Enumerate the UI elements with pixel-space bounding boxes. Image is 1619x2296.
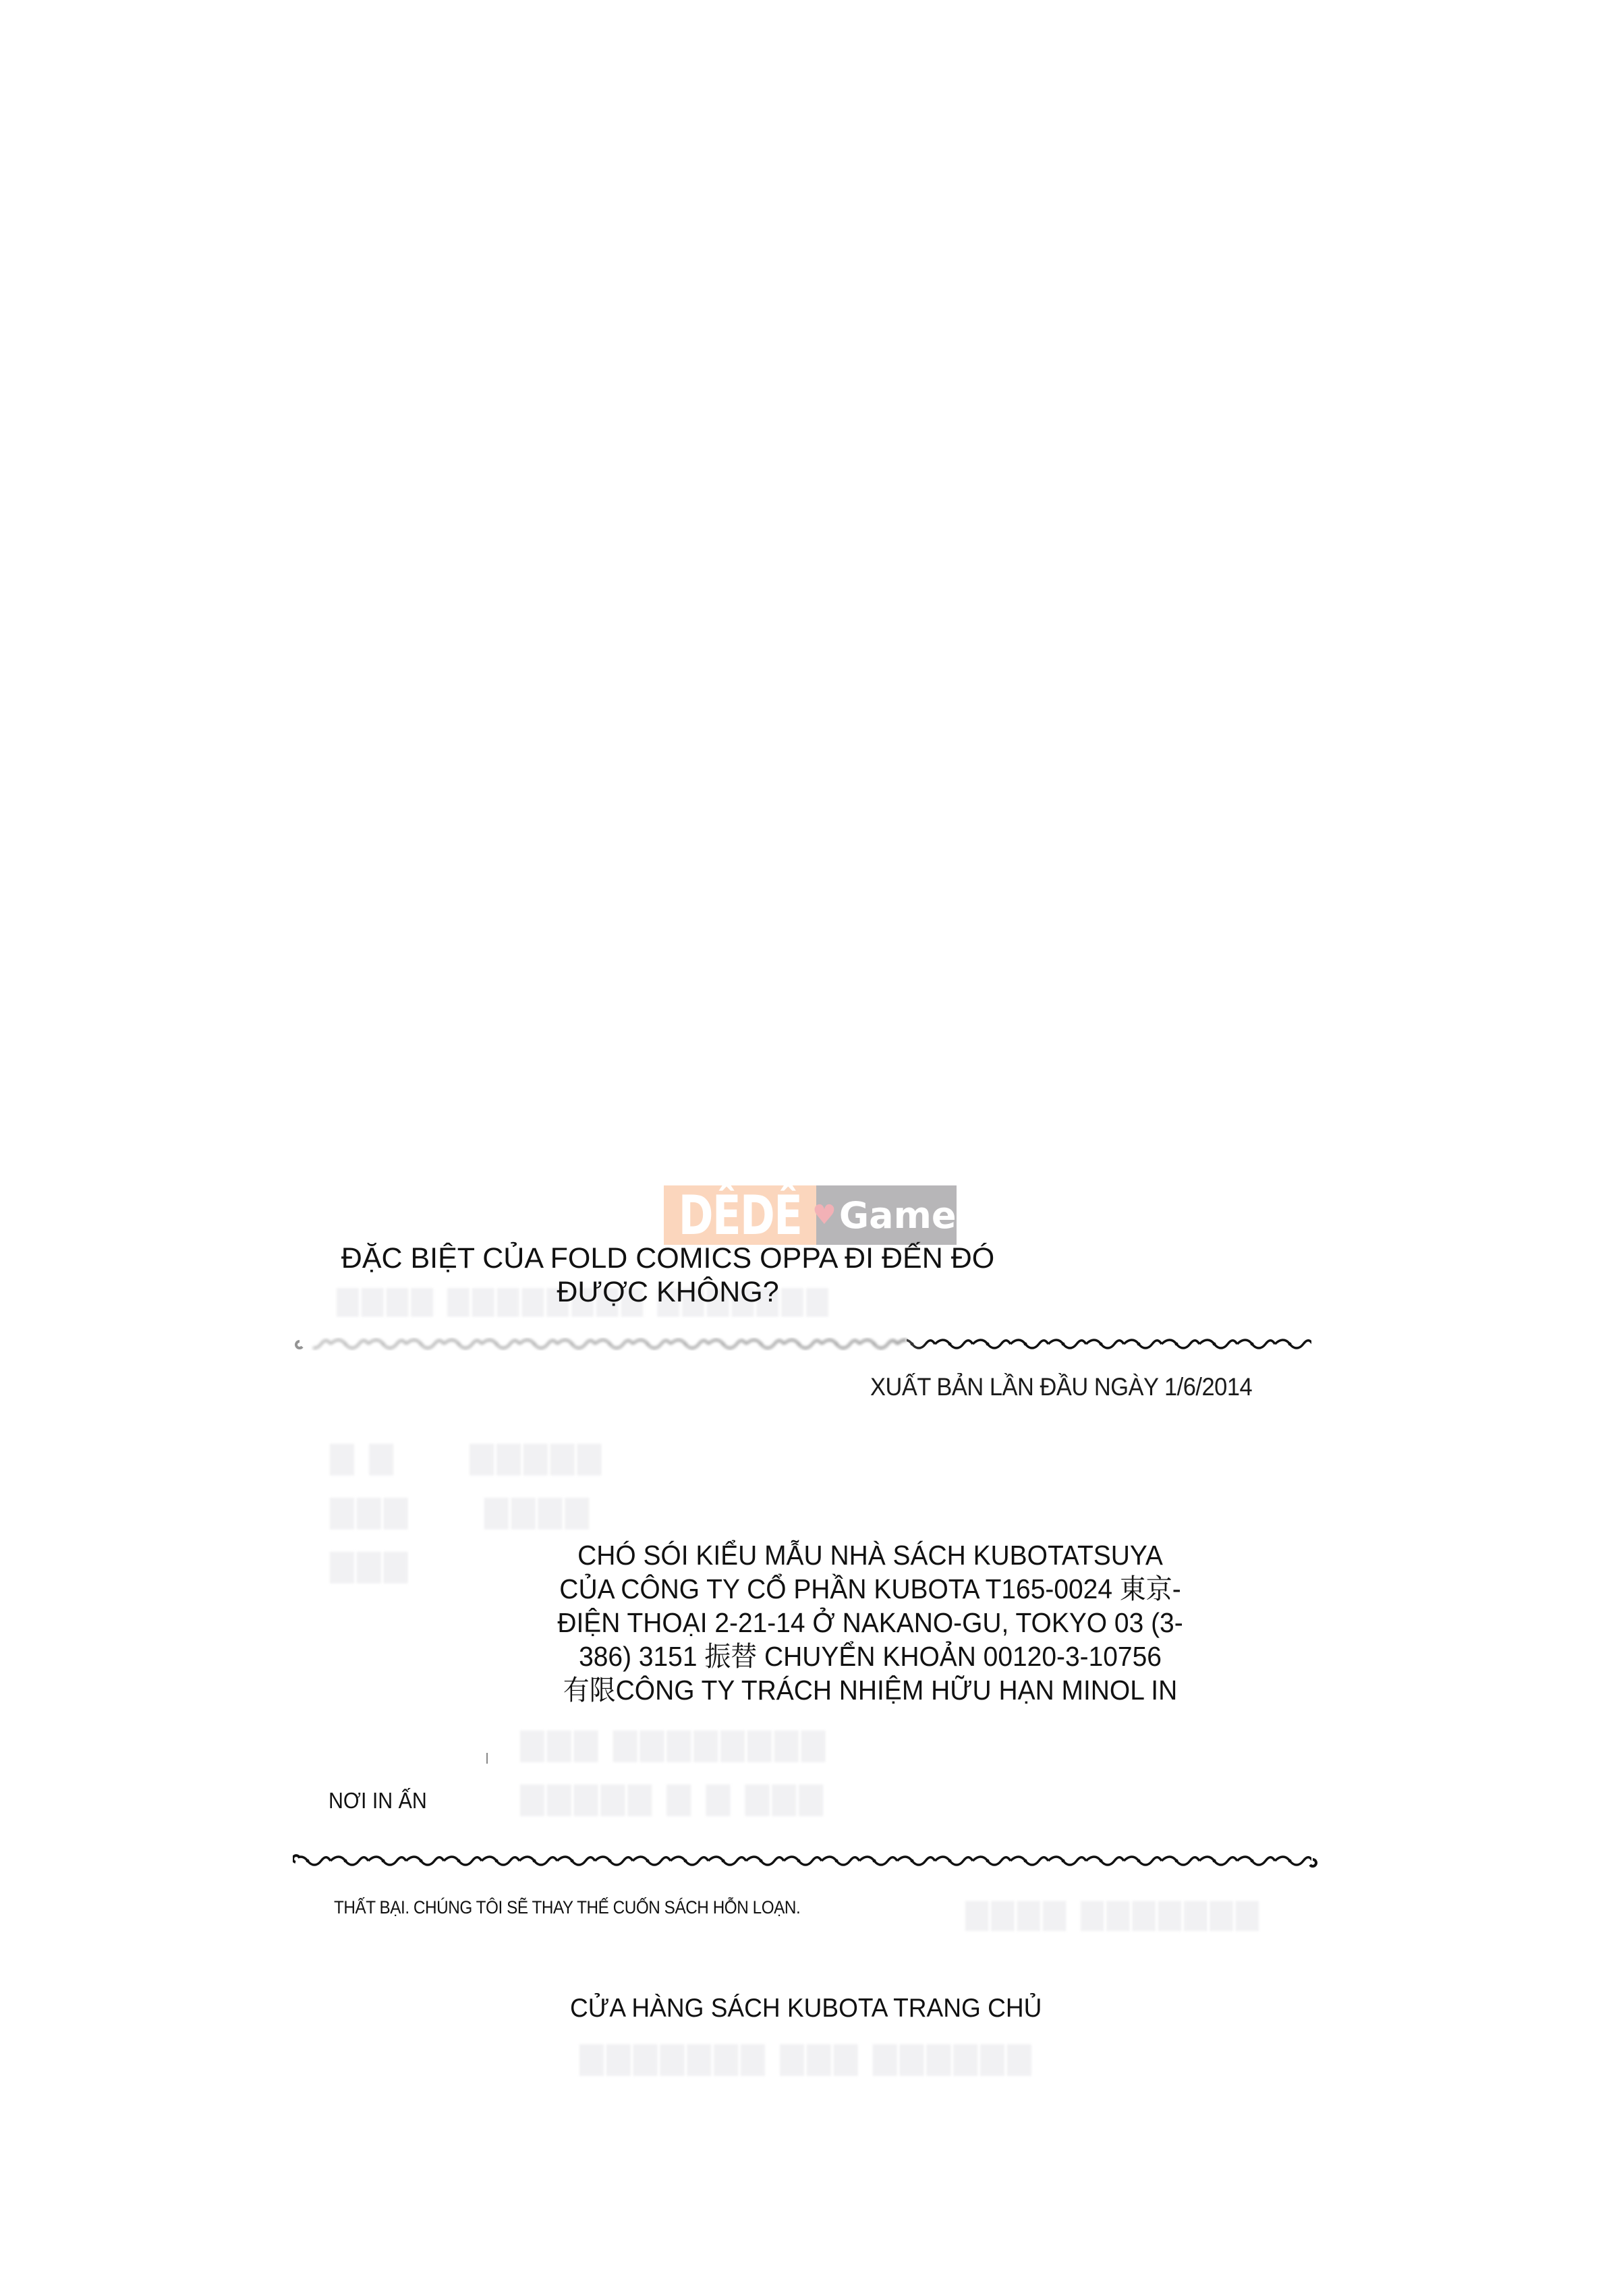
print-place-label: NƠI IN ẤN <box>329 1788 427 1814</box>
stray-mark <box>486 1753 488 1764</box>
ghost-text: ▇▇▇▇ ▇▇▇▇▇▇▇ <box>966 1897 1262 1930</box>
bottom-ornamental-divider <box>293 1853 1319 1869</box>
address-line: ĐIỆN THOẠI 2-21-14 Ở NAKANO-GU, TOKYO 03… <box>518 1606 1223 1640</box>
ghost-text: ▇▇▇ ▇▇▇▇▇▇▇▇ <box>521 1727 828 1762</box>
watermark-right: ♥ Game <box>816 1185 957 1245</box>
heart-icon: ♥ <box>812 1200 836 1231</box>
watermark-brand-left: DÊDÊ <box>681 1185 799 1245</box>
ghost-text: ▇▇▇ ▇▇▇▇ <box>331 1494 592 1529</box>
book-title-line-1: ĐẶC BIỆT CỦA FOLD COMICS OPPA ĐI ĐẾN ĐÓ <box>297 1241 1039 1275</box>
ghost-text: ▇▇▇▇▇ ▇ ▇ ▇▇▇ <box>521 1781 826 1816</box>
ghost-text: ▇ ▇ ▇▇▇▇▇ <box>331 1440 604 1475</box>
bookstore-homepage-label: CỬA HÀNG SÁCH KUBOTA TRANG CHỦ <box>570 1994 1042 2023</box>
ghost-text: ▇▇▇ <box>331 1548 411 1583</box>
book-title-line-2: ĐƯỢC KHÔNG? <box>297 1275 1039 1309</box>
address-line: CHÓ SÓI KIỂU MẪU NHÀ SÁCH KUBOTATSUYA <box>518 1538 1223 1572</box>
watermark-brand-right: Game <box>839 1194 957 1237</box>
first-edition-date: XUẤT BẢN LẦN ĐẦU NGÀY 1/6/2014 <box>870 1373 1252 1401</box>
ghost-text: ▇▇▇▇▇▇▇ ▇▇▇ ▇▇▇▇▇▇ <box>580 2041 1035 2075</box>
publisher-address-block: CHÓ SÓI KIỂU MẪU NHÀ SÁCH KUBOTATSUYA CỦ… <box>518 1538 1223 1707</box>
watermark-logo: DÊDÊ ♥ Game <box>664 1185 957 1245</box>
book-title: ĐẶC BIỆT CỦA FOLD COMICS OPPA ĐI ĐẾN ĐÓ … <box>297 1241 1039 1309</box>
address-line: 386) 3151 振替 CHUYỂN KHOẢN 00120-3-10756 <box>518 1640 1223 1673</box>
watermark-left: DÊDÊ <box>664 1185 816 1245</box>
address-line: CỦA CÔNG TY CỔ PHẦN KUBOTA T165-0024 東京- <box>518 1572 1223 1606</box>
address-line: 有限CÔNG TY TRÁCH NHIỆM HỮU HẠN MINOL IN <box>518 1673 1223 1707</box>
replacement-note: THẤT BẠI. CHÚNG TÔI SẼ THAY THẾ CUỐN SÁC… <box>334 1897 800 1918</box>
top-ornamental-divider <box>293 1336 1319 1352</box>
